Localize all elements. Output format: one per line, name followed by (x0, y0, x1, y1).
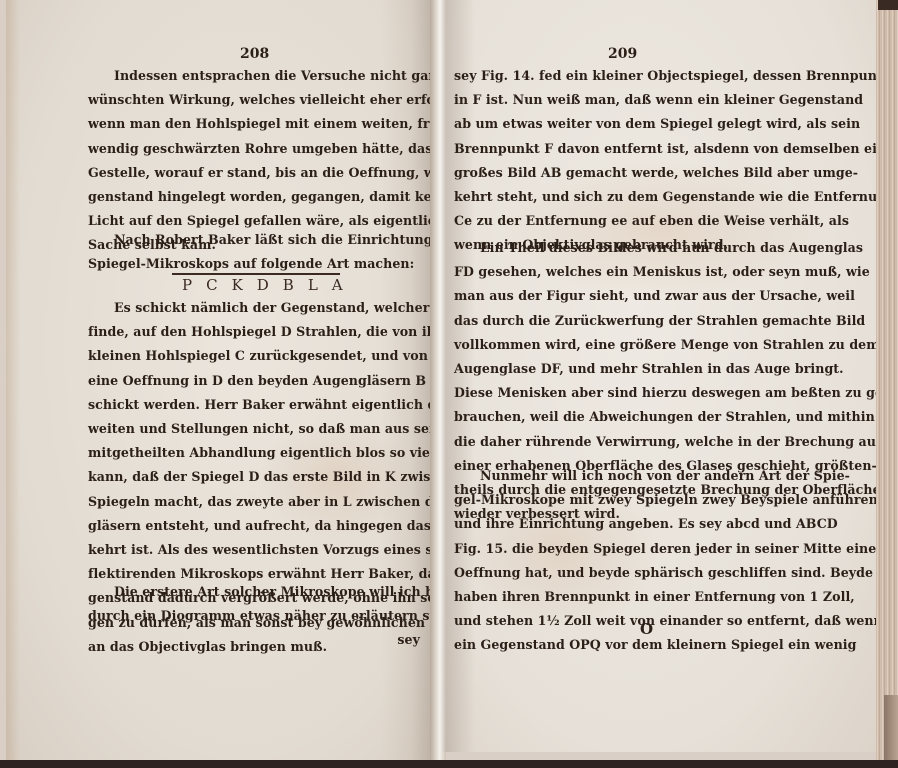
left-paragraph-2: Nach Robert Baker läßt sich die Einricht… (88, 228, 420, 276)
text-line: und ihre Einrichtung angeben. Es sey abc… (454, 512, 790, 536)
text-line: vollkommen wird, eine größere Menge von … (454, 333, 790, 357)
text-line: ein Gegenstand OPQ vor dem kleinern Spie… (454, 633, 790, 657)
text-line: die daher rührende Verwirrung, welche in… (454, 430, 790, 454)
text-line: mitgetheilten Abhandlung eigentlich blos… (88, 441, 420, 465)
text-line: finde, auf den Hohlspiegel D Strahlen, d… (88, 320, 420, 344)
text-line: haben ihren Brennpunkt in einer Entfernu… (454, 585, 790, 609)
text-line: Brennpunkt F davon entfernt ist, alsdenn… (454, 137, 790, 161)
text-line: kann, daß der Spiegel D das erste Bild i… (88, 465, 420, 489)
catchword: sey (88, 628, 420, 652)
left-paragraph-4: Die erstere Art solcher Mikroskope will … (88, 580, 420, 653)
background-strip (0, 760, 898, 768)
figure-letters: PCKDBLA (182, 276, 357, 294)
text-line: großes Bild AB gemacht werde, welches Bi… (454, 161, 790, 185)
text-line: Indessen entsprachen die Versuche nicht … (88, 64, 420, 88)
text-line: Augenglase DF, und mehr Strahlen in das … (454, 357, 790, 381)
right-paragraph-3: Nunmehr will ich noch von der andern Art… (454, 464, 790, 658)
text-line: brauchen, weil die Abweichungen der Stra… (454, 405, 790, 429)
text-line: Diese Menisken aber sind hierzu deswegen… (454, 381, 790, 405)
text-line: weiten und Stellungen nicht, so daß man … (88, 417, 420, 441)
right-paragraph-1: sey Fig. 14. fed ein kleiner Objectspieg… (454, 64, 790, 258)
text-line: Ce zu der Entfernung ee auf eben die Wei… (454, 209, 790, 233)
text-line: Die erstere Art solcher Mikroskope will … (88, 580, 420, 604)
text-line: ab um etwas weiter von dem Spiegel geleg… (454, 112, 790, 136)
text-line: sey Fig. 14. fed ein kleiner Objectspieg… (454, 64, 790, 88)
text-line: das durch die Zurückwerfung der Strahlen… (454, 309, 790, 333)
text-line: Spiegeln macht, das zweyte aber in L zwi… (88, 490, 420, 514)
text-line: eine Oeffnung in D den beyden Augengläse… (88, 369, 420, 393)
page-number: 209 (608, 46, 637, 62)
text-line: Ein Theil dieses Bildes wird nun durch d… (454, 236, 790, 260)
signature-mark: O (640, 620, 653, 638)
right-page: 209 sey Fig. 14. fed ein kleiner Objects… (440, 0, 876, 752)
text-line: in F ist. Nun weiß man, daß wenn ein kle… (454, 88, 790, 112)
page-number: 208 (240, 46, 269, 62)
text-line: kehrt steht, und sich zu dem Gegenstande… (454, 185, 790, 209)
book-spread: 208 Indessen entsprachen die Versuche ni… (0, 0, 898, 762)
text-line: kleinen Hohlspiegel C zurückgesendet, un… (88, 344, 420, 368)
left-page: 208 Indessen entsprachen die Versuche ni… (6, 0, 436, 760)
text-line: wendig geschwärzten Rohre umgeben hätte,… (88, 137, 420, 161)
text-line: gel-Mikroskope mit zwey Spiegeln zwey Be… (454, 488, 790, 512)
text-line: FD gesehen, welches ein Meniskus ist, od… (454, 260, 790, 284)
text-line: kehrt ist. Als des wesentlichsten Vorzug… (88, 538, 420, 562)
cover-edge (884, 695, 898, 762)
text-line: Fig. 15. die beyden Spiegel deren jeder … (454, 537, 790, 561)
text-line: man aus der Figur sieht, und zwar aus de… (454, 284, 790, 308)
text-line: wenn man den Hohlspiegel mit einem weite… (88, 112, 420, 136)
text-line: Es schickt nämlich der Gegenstand, welch… (88, 296, 420, 320)
text-line: und stehen 1½ Zoll weit von einander so … (454, 609, 790, 633)
text-line: Oeffnung hat, und beyde sphärisch geschl… (454, 561, 790, 585)
text-line: durch ein Diogramm etwas näher zu erläut… (88, 604, 420, 628)
text-line: gläsern entsteht, und aufrecht, da hinge… (88, 514, 420, 538)
text-line: genstand hingelegt worden, gegangen, dam… (88, 185, 420, 209)
text-line: Gestelle, worauf er stand, bis an die Oe… (88, 161, 420, 185)
text-line: wünschten Wirkung, welches vielleicht eh… (88, 88, 420, 112)
text-line: schickt werden. Herr Baker erwähnt eigen… (88, 393, 420, 417)
text-line: Nunmehr will ich noch von der andern Art… (454, 464, 790, 488)
text-line: Nach Robert Baker läßt sich die Einricht… (88, 228, 420, 252)
cover-edge (878, 0, 898, 10)
separator-rule (172, 273, 340, 275)
page-edges (876, 0, 898, 762)
